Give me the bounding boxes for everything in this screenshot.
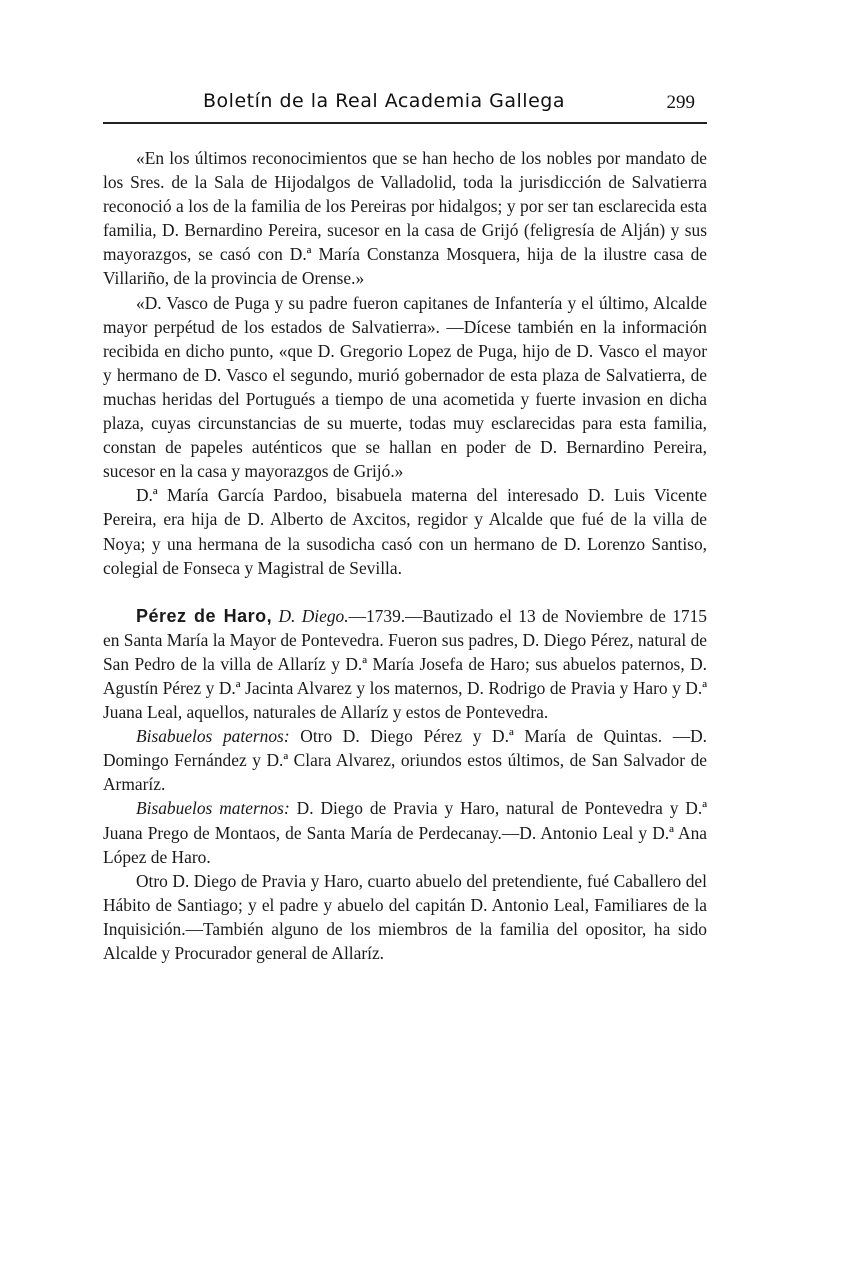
section-gap: [103, 580, 707, 604]
page-header: Boletín de la Real Academia Gallega 299: [103, 86, 707, 122]
paragraph-maria-garcia-pardoo: D.ª María García Pardoo, bisabuela mater…: [103, 483, 707, 579]
paragraph-maternal: Bisabuelos maternos: D. Diego de Pravia …: [103, 796, 707, 868]
body-text: «En los últimos reconocimientos que se h…: [103, 146, 707, 965]
running-title: Boletín de la Real Academia Gallega: [203, 90, 565, 112]
paragraph-paternal: Bisabuelos paternos: Otro D. Diego Pérez…: [103, 724, 707, 796]
maternal-label: Bisabuelos maternos:: [136, 798, 290, 818]
header-rule: [103, 122, 707, 124]
paternal-label: Bisabuelos paternos:: [136, 726, 290, 746]
paragraph-closing: Otro D. Diego de Pravia y Haro, cuarto a…: [103, 869, 707, 965]
entry-name: Pérez de Haro,: [136, 606, 272, 626]
entry-perez-de-haro: Pérez de Haro, D. Diego.—1739.—Bautizado…: [103, 604, 707, 724]
page-number: 299: [667, 92, 696, 114]
paragraph-quote-pereiras: «En los últimos reconocimientos que se h…: [103, 146, 707, 291]
entry-given-name: D. Diego.: [278, 606, 348, 626]
document-page: Boletín de la Real Academia Gallega 299 …: [103, 86, 707, 122]
paragraph-quote-vasco-de-puga: «D. Vasco de Puga y su padre fueron capi…: [103, 291, 707, 484]
